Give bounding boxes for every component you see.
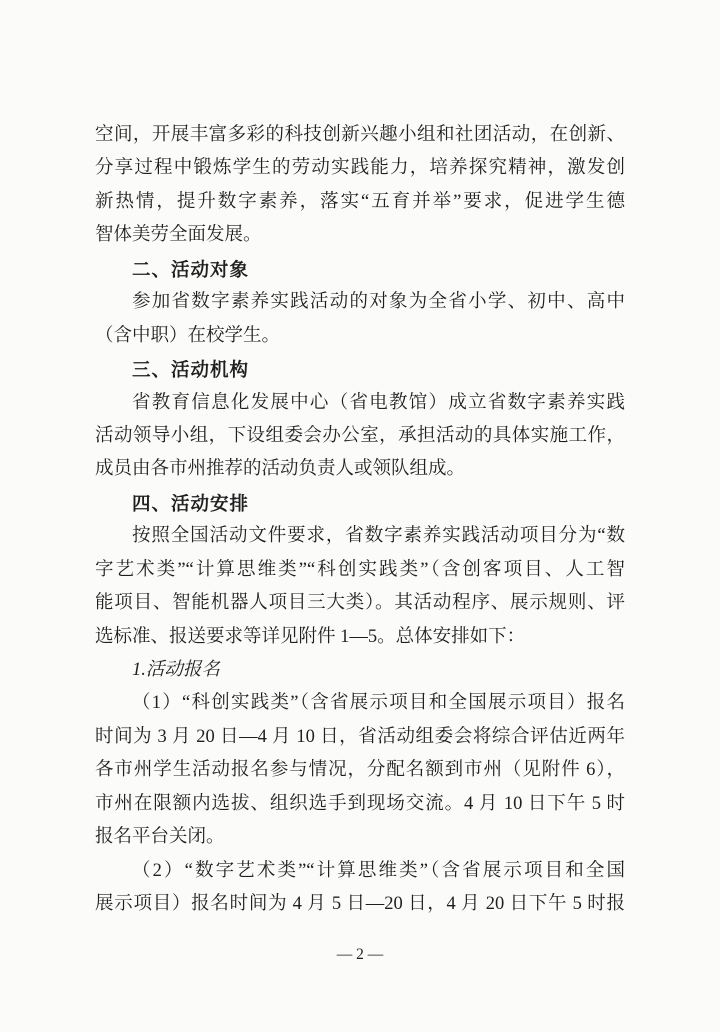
text-line: 按照全国活动文件要求，省数字素养实践活动项目分为“数 <box>95 520 625 553</box>
document-page: 空间，开展丰富多彩的科技创新兴趣小组和社团活动，在创新、分享过程中锻炼学生的劳动… <box>0 0 720 1032</box>
text-line: 选标准、报送要求等详见附件 1—5。总体安排如下： <box>95 621 625 654</box>
text-line: 字艺术类”“计算思维类”“科创实践类”（含创客项目、人工智 <box>95 554 625 587</box>
text-line: 各市州学生活动报名参与情况，分配名额到市州（见附件 6）， <box>95 754 625 787</box>
section-heading: 四、活动安排 <box>95 487 625 520</box>
section-heading: 三、活动机构 <box>95 353 625 386</box>
page-number: — 2 — <box>0 944 720 966</box>
section-heading: 二、活动对象 <box>95 253 625 286</box>
text-line: （2）“数字艺术类”“计算思维类”（含省展示项目和全国 <box>95 855 625 888</box>
text-line: 参加省数字素养实践活动的对象为全省小学、初中、高中 <box>95 286 625 319</box>
sub-heading: 1.活动报名 <box>95 654 625 687</box>
text-line: 空间，开展丰富多彩的科技创新兴趣小组和社团活动，在创新、 <box>95 119 625 152</box>
text-line: （1）“科创实践类”（含省展示项目和全国展示项目）报名 <box>95 687 625 720</box>
text-line: 智体美劳全面发展。 <box>95 219 625 252</box>
text-line: 省教育信息化发展中心（省电教馆）成立省数字素养实践 <box>95 387 625 420</box>
text-line: 时间为 3 月 20 日—4 月 10 日，省活动组委会将综合评估近两年 <box>95 721 625 754</box>
text-line: 市州在限额内选拔、组织选手到现场交流。4 月 10 日下午 5 时 <box>95 788 625 821</box>
text-line: 报名平台关闭。 <box>95 821 625 854</box>
text-line: 活动领导小组，下设组委会办公室，承担活动的具体实施工作， <box>95 420 625 453</box>
text-line: （含中职）在校学生。 <box>95 320 625 353</box>
text-line: 能项目、智能机器人项目三大类）。其活动程序、展示规则、评 <box>95 587 625 620</box>
document-text-block: 空间，开展丰富多彩的科技创新兴趣小组和社团活动，在创新、分享过程中锻炼学生的劳动… <box>95 119 625 922</box>
text-line: 分享过程中锻炼学生的劳动实践能力，培养探究精神，激发创 <box>95 152 625 185</box>
text-line: 新热情，提升数字素养，落实“五育并举”要求，促进学生德 <box>95 186 625 219</box>
text-line: 展示项目）报名时间为 4 月 5 日—20 日，4 月 20 日下午 5 时报 <box>95 888 625 921</box>
text-line: 成员由各市州推荐的活动负责人或领队组成。 <box>95 453 625 486</box>
